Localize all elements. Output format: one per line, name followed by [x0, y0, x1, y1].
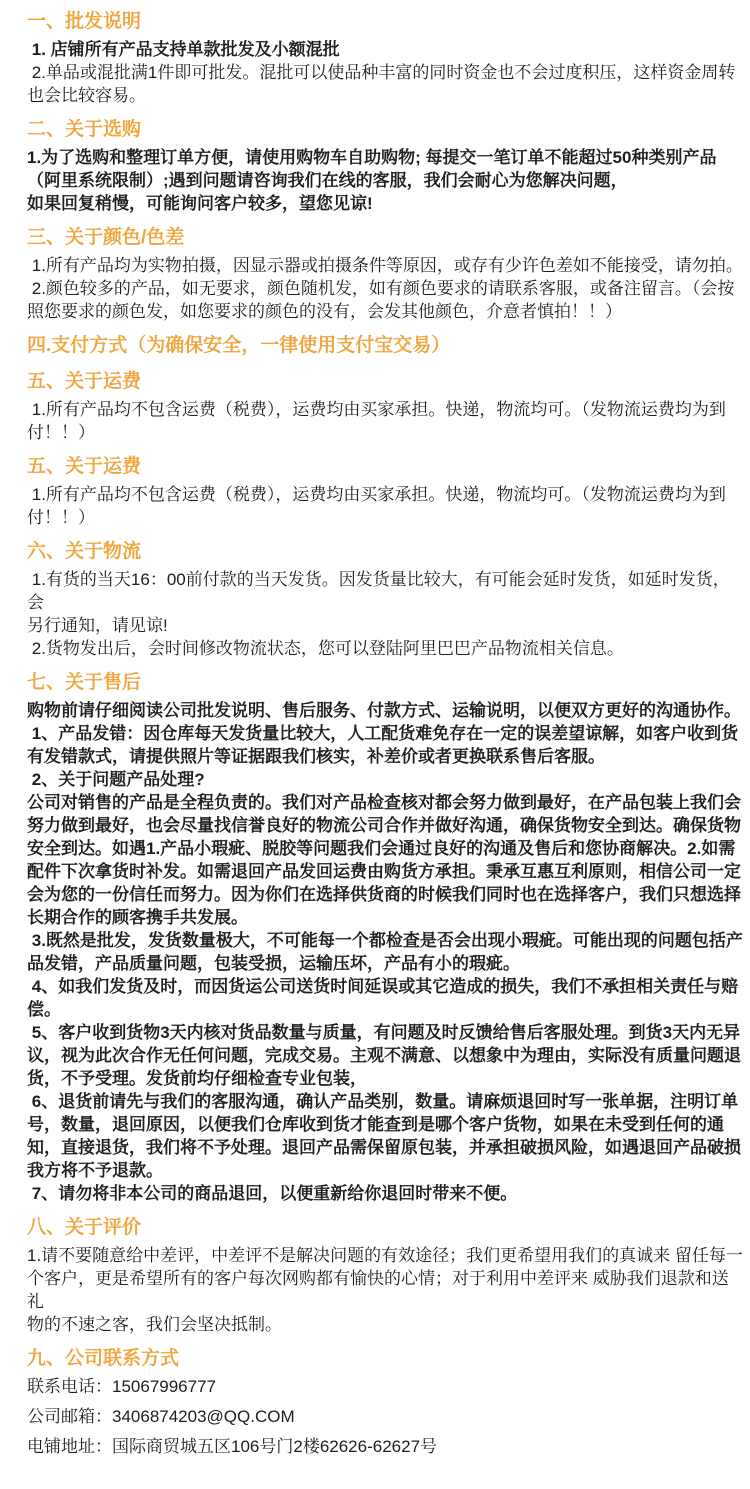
paragraph-aftersales-6: 6、退货前请先与我们的客服沟通，确认产品类别，数量。请麻烦退回时写一张单据，注明…: [27, 1090, 744, 1182]
contact-phone-line: 联系电话：15067996777: [27, 1375, 744, 1398]
section-about-shipping-2: 五、关于运费 1.所有产品均不包含运费（税费），运费均由买家承担。快递，物流均可…: [27, 454, 744, 529]
paragraph-aftersales-1: 1、产品发错：因仓库每天发货量比较大，人工配货难免存在一定的误差望谅解，如客户收…: [27, 722, 744, 768]
heading-about-logistics: 六、关于物流: [27, 539, 744, 565]
wholesale-notice-document: 一、批发说明 1. 店铺所有产品支持单款批发及小额混批 2.单品或混批满1件即可…: [0, 0, 750, 1489]
paragraph-aftersales-intro: 购物前请仔细阅读公司批发说明、售后服务、付款方式、运输说明，以便双方更好的沟通协…: [27, 699, 744, 722]
paragraph-wholesale-1: 1. 店铺所有产品支持单款批发及小额混批: [27, 38, 744, 61]
paragraph-color-1: 1.所有产品均为实物拍摄，因显示器或拍摄条件等原因，或存有少许色差如不能接受，请…: [27, 254, 744, 277]
heading-about-shipping-1: 五、关于运费: [27, 369, 744, 395]
paragraph-wholesale-2: 2.单品或混批满1件即可批发。混批可以使品种丰富的同时资金也不会过度积压，这样资…: [27, 61, 744, 107]
heading-after-sales: 七、关于售后: [27, 670, 744, 696]
paragraph-shipping-2: 1.所有产品均不包含运费（税费），运费均由买家承担。快递，物流均可。（发物流运费…: [27, 483, 744, 529]
paragraph-aftersales-2-detail: 公司对销售的产品是全程负责的。我们对产品检查核对都会努力做到最好，在产品包装上我…: [27, 791, 744, 929]
heading-contact-info: 九、公司联系方式: [27, 1346, 744, 1372]
paragraph-reviews-1: 1.请不要随意给中差评，中差评不是解决问题的有效途径；我们更希望用我们的真诚来 …: [27, 1244, 744, 1336]
section-about-shipping-1: 五、关于运费 1.所有产品均不包含运费（税费），运费均由买家承担。快递，物流均可…: [27, 369, 744, 444]
section-contact-info: 九、公司联系方式 联系电话：15067996777 公司邮箱：340687420…: [27, 1346, 744, 1458]
section-wholesale-info: 一、批发说明 1. 店铺所有产品支持单款批发及小额混批 2.单品或混批满1件即可…: [27, 9, 744, 107]
heading-about-shopping: 二、关于选购: [27, 117, 744, 143]
contact-address-line: 电铺地址：国际商贸城五区106号门2楼62626-62627号: [27, 1435, 744, 1458]
section-after-sales: 七、关于售后 购物前请仔细阅读公司批发说明、售后服务、付款方式、运输说明，以便双…: [27, 670, 744, 1205]
paragraph-color-2: 2.颜色较多的产品，如无要求，颜色随机发，如有颜色要求的请联系客服，或备注留言。…: [27, 277, 744, 323]
heading-payment-method: 四.支付方式（为确保安全，一律使用支付宝交易）: [27, 333, 744, 359]
paragraph-logistics-2: 2.货物发出后，会时间修改物流状态，您可以登陆阿里巴巴产品物流相关信息。: [27, 637, 744, 660]
paragraph-aftersales-3: 3.既然是批发，发货数量极大，不可能每一个都检查是否会出现小瑕疵。可能出现的问题…: [27, 929, 744, 975]
heading-wholesale-info: 一、批发说明: [27, 9, 744, 35]
paragraph-logistics-1: 1.有货的当天16：00前付款的当天发货。因发货量比较大，有可能会延时发货，如延…: [27, 568, 744, 637]
paragraph-aftersales-5: 5、客户收到货物3天内核对货品数量与质量，有问题及时反馈给售后客服处理。到货3天…: [27, 1021, 744, 1090]
heading-about-shipping-2: 五、关于运费: [27, 454, 744, 480]
section-payment-method: 四.支付方式（为确保安全，一律使用支付宝交易）: [27, 333, 744, 359]
heading-about-color: 三、关于颜色/色差: [27, 225, 744, 251]
paragraph-aftersales-7: 7、请勿将非本公司的商品退回，以便重新给你退回时带来不便。: [27, 1182, 744, 1205]
contact-email-line: 公司邮箱：3406874203@QQ.COM: [27, 1405, 744, 1428]
section-about-reviews: 八、关于评价 1.请不要随意给中差评，中差评不是解决问题的有效途径；我们更希望用…: [27, 1215, 744, 1336]
heading-about-reviews: 八、关于评价: [27, 1215, 744, 1241]
paragraph-shopping-1: 1.为了选购和整理订单方便，请使用购物车自助购物; 每提交一笔订单不能超过50种…: [27, 146, 744, 215]
section-about-color: 三、关于颜色/色差 1.所有产品均为实物拍摄，因显示器或拍摄条件等原因，或存有少…: [27, 225, 744, 323]
paragraph-aftersales-4: 4、如我们发货及时，而因货运公司送货时间延误或其它造成的损失，我们不承担相关责任…: [27, 975, 744, 1021]
paragraph-aftersales-2: 2、关于问题产品处理?: [27, 768, 744, 791]
section-about-logistics: 六、关于物流 1.有货的当天16：00前付款的当天发货。因发货量比较大，有可能会…: [27, 539, 744, 660]
paragraph-shipping-1: 1.所有产品均不包含运费（税费），运费均由买家承担。快递，物流均可。（发物流运费…: [27, 398, 744, 444]
section-about-shopping: 二、关于选购 1.为了选购和整理订单方便，请使用购物车自助购物; 每提交一笔订单…: [27, 117, 744, 215]
